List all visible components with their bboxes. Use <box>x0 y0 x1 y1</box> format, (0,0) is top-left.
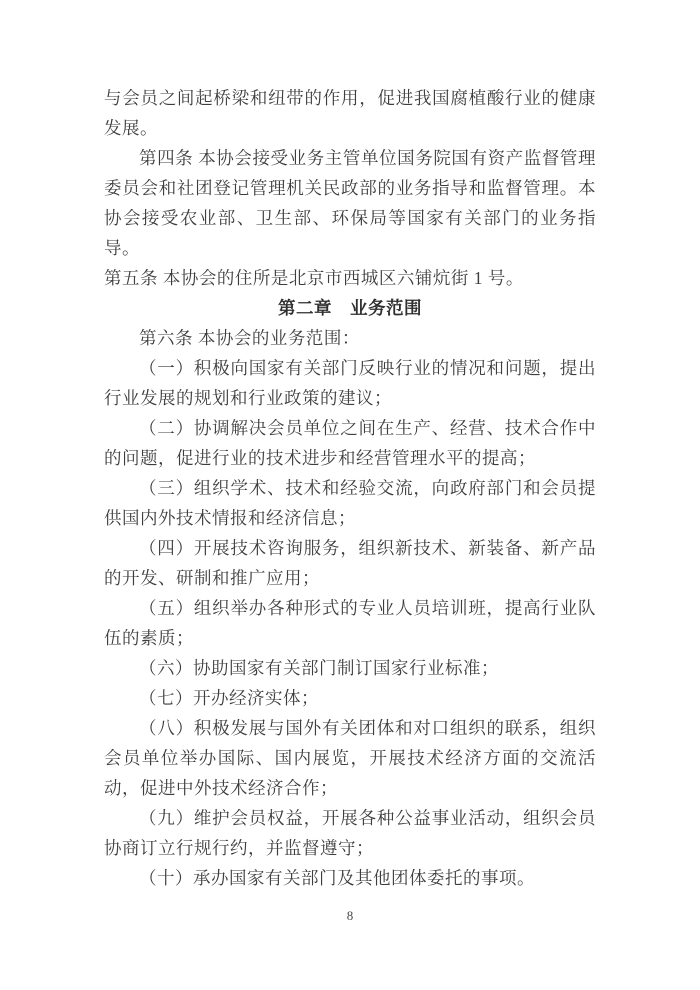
list-item-9: （九）维护会员权益，开展各种公益事业活动，组织会员协商订立行规行约，并监督遵守； <box>104 803 596 863</box>
list-item-2: （二）协调解决会员单位之间在生产、经营、技术合作中的问题，促进行业的技术进步和经… <box>104 413 596 473</box>
list-item-5: （五）组织举办各种形式的专业人员培训班，提高行业队伍的素质； <box>104 593 596 653</box>
list-item-1: （一）积极向国家有关部门反映行业的情况和问题，提出行业发展的规划和行业政策的建议… <box>104 353 596 413</box>
paragraph-continuation: 与会员之间起桥梁和纽带的作用，促进我国腐植酸行业的健康发展。 <box>104 83 596 143</box>
list-item-7: （七）开办经济实体； <box>104 683 596 713</box>
chapter-heading: 第二章 业务范围 <box>104 293 596 323</box>
document-page: 与会员之间起桥梁和纽带的作用，促进我国腐植酸行业的健康发展。 第四条 本协会接受… <box>0 0 700 990</box>
page-number: 8 <box>0 908 700 924</box>
list-item-10: （十）承办国家有关部门及其他团体委托的事项。 <box>104 863 596 893</box>
list-item-3: （三）组织学术、技术和经验交流，向政府部门和会员提供国内外技术情报和经济信息； <box>104 473 596 533</box>
list-item-8: （八）积极发展与国外有关团体和对口组织的联系，组织会员单位举办国际、国内展览，开… <box>104 713 596 803</box>
paragraph-article-5: 第五条 本协会的住所是北京市西城区六铺炕街 1 号。 <box>104 263 596 293</box>
list-item-6: （六）协助国家有关部门制订国家行业标准； <box>104 653 596 683</box>
paragraph-article-6: 第六条 本协会的业务范围： <box>104 323 596 353</box>
list-item-4: （四）开展技术咨询服务，组织新技术、新装备、新产品的开发、研制和推广应用； <box>104 533 596 593</box>
paragraph-article-4: 第四条 本协会接受业务主管单位国务院国有资产监督管理委员会和社团登记管理机关民政… <box>104 143 596 263</box>
document-body: 与会员之间起桥梁和纽带的作用，促进我国腐植酸行业的健康发展。 第四条 本协会接受… <box>104 83 596 893</box>
